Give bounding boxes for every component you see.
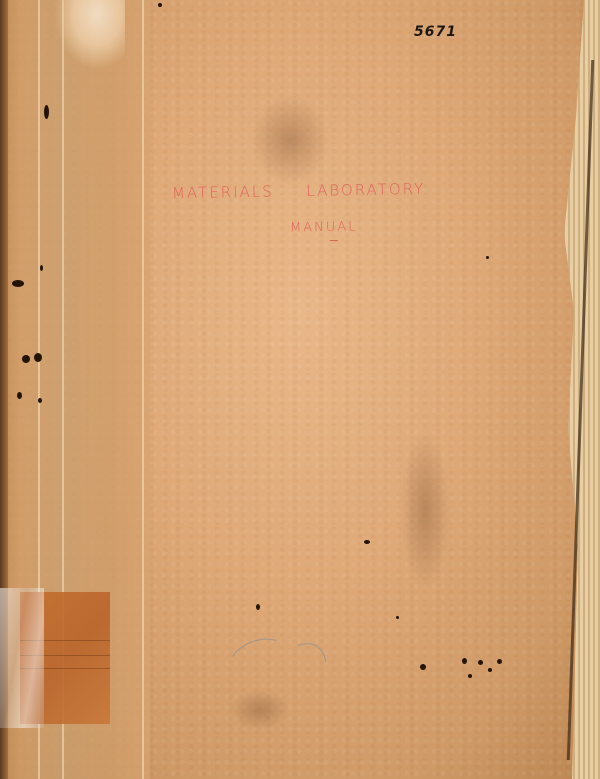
ink-spot: [364, 540, 370, 544]
book-cover: 5671 MATERIALS LABORATORY MANUAL: [0, 0, 600, 779]
title-line-2: MANUAL: [290, 219, 358, 235]
ink-spot: [17, 392, 22, 399]
ink-spot: [40, 265, 43, 271]
ink-spot: [22, 355, 30, 363]
plastic-film: [0, 588, 44, 728]
ink-spot: [488, 668, 492, 672]
catalog-number: 5671: [414, 24, 457, 40]
ink-spot: [12, 280, 24, 287]
ink-spot: [478, 660, 483, 665]
ink-spot: [256, 604, 260, 610]
ink-spot: [396, 616, 399, 619]
torn-corner: [55, 0, 125, 70]
ink-spot: [462, 658, 467, 664]
ink-spot: [38, 398, 42, 403]
ink-spot: [420, 664, 426, 670]
ink-spot: [468, 674, 472, 678]
ink-spot: [486, 256, 489, 259]
underline-mark: [330, 240, 338, 241]
stain: [400, 430, 450, 590]
spine-crease: [142, 0, 144, 779]
ink-spot: [497, 659, 502, 664]
ink-spot: [44, 105, 49, 119]
stain: [250, 95, 330, 185]
ink-spot: [34, 353, 42, 362]
ink-spot: [158, 3, 162, 7]
